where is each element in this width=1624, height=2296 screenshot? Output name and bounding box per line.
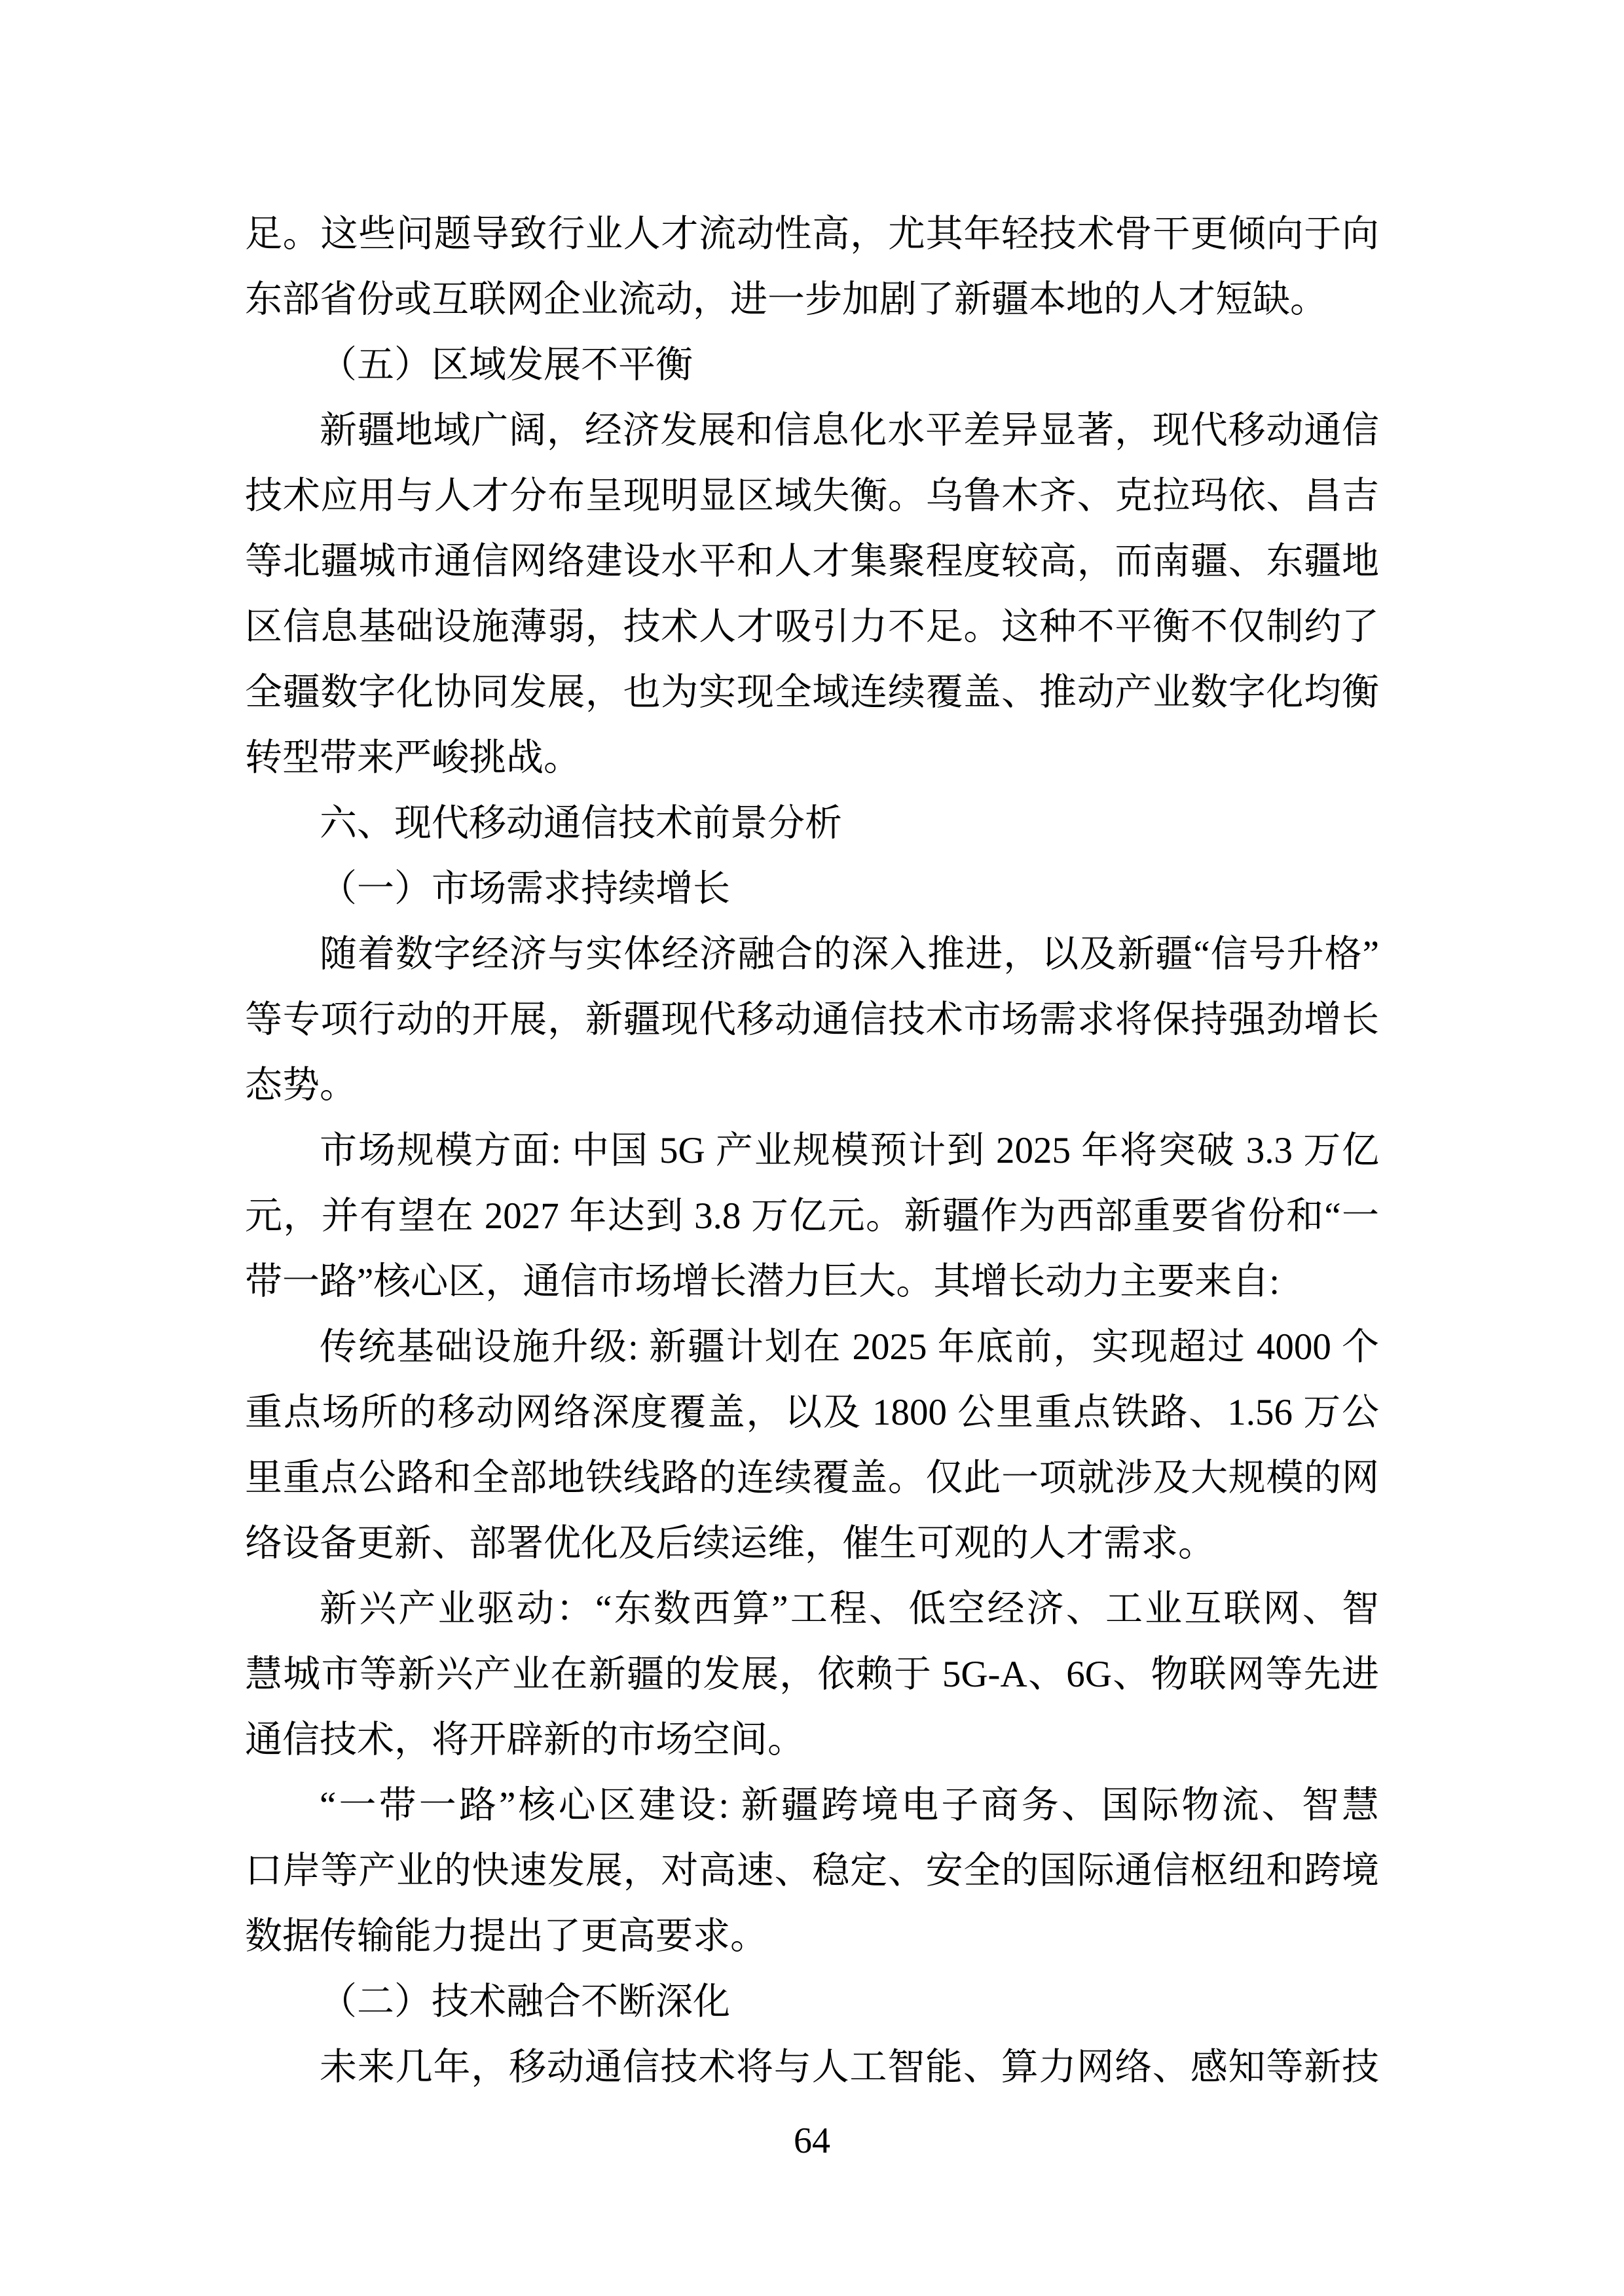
body-text-line: 传统基础设施升级: 新疆计划在 2025 年底前，实现超过 4000 个 xyxy=(245,1315,1379,1380)
body-text-line: 慧城市等新兴产业在新疆的发展，依赖于 5G-A、6G、物联网等先进 xyxy=(245,1642,1379,1707)
document-body: 足。这些问题导致行业人才流动性高，尤其年轻技术骨干更倾向于向东部省份或互联网企业… xyxy=(245,202,1379,2100)
body-text-line: 等专项行动的开展，新疆现代移动通信技术市场需求将保持强劲增长 xyxy=(245,987,1379,1053)
body-text-line: 数据传输能力提出了更高要求。 xyxy=(245,1904,1379,1969)
body-text-line: 新疆地域广阔，经济发展和信息化水平差异显著，现代移动通信 xyxy=(245,398,1379,464)
body-text-line: 市场规模方面: 中国 5G 产业规模预计到 2025 年将突破 3.3 万亿 xyxy=(245,1118,1379,1184)
body-text-line: 未来几年，移动通信技术将与人工智能、算力网络、感知等新技 xyxy=(245,2035,1379,2100)
body-text-line: 转型带来严峻挑战。 xyxy=(245,725,1379,791)
heading-line: 六、现代移动通信技术前景分析 xyxy=(245,791,1379,856)
body-text-line: 元，并有望在 2027 年达到 3.8 万亿元。新疆作为西部重要省份和“一 xyxy=(245,1184,1379,1249)
body-text-line: 口岸等产业的快速发展，对高速、稳定、安全的国际通信枢纽和跨境 xyxy=(245,1838,1379,1904)
body-text-line: 态势。 xyxy=(245,1053,1379,1118)
body-text-line: “一带一路”核心区建设: 新疆跨境电子商务、国际物流、智慧 xyxy=(245,1773,1379,1838)
body-text-line: 里重点公路和全部地铁线路的连续覆盖。仅此一项就涉及大规模的网 xyxy=(245,1446,1379,1511)
body-text-line: 足。这些问题导致行业人才流动性高，尤其年轻技术骨干更倾向于向 xyxy=(245,202,1379,267)
body-text-line: 新兴产业驱动：“东数西算”工程、低空经济、工业互联网、智 xyxy=(245,1576,1379,1642)
body-text-line: 络设备更新、部署优化及后续运维，催生可观的人才需求。 xyxy=(245,1511,1379,1576)
body-text-line: 全疆数字化协同发展，也为实现全域连续覆盖、推动产业数字化均衡 xyxy=(245,660,1379,725)
page-number: 64 xyxy=(0,2121,1624,2160)
document-page: 足。这些问题导致行业人才流动性高，尤其年轻技术骨干更倾向于向东部省份或互联网企业… xyxy=(0,0,1624,2296)
heading-line: （二）技术融合不断深化 xyxy=(245,1969,1379,2035)
body-text-line: 通信技术，将开辟新的市场空间。 xyxy=(245,1707,1379,1773)
body-text-line: 随着数字经济与实体经济融合的深入推进，以及新疆“信号升格” xyxy=(245,922,1379,987)
heading-line: （一）市场需求持续增长 xyxy=(245,856,1379,922)
body-text-line: 技术应用与人才分布呈现明显区域失衡。乌鲁木齐、克拉玛依、昌吉 xyxy=(245,464,1379,529)
heading-line: （五）区域发展不平衡 xyxy=(245,333,1379,398)
body-text-line: 东部省份或互联网企业流动，进一步加剧了新疆本地的人才短缺。 xyxy=(245,267,1379,333)
body-text-line: 带一路”核心区，通信市场增长潜力巨大。其增长动力主要来自: xyxy=(245,1249,1379,1315)
body-text-line: 等北疆城市通信网络建设水平和人才集聚程度较高，而南疆、东疆地 xyxy=(245,529,1379,594)
body-text-line: 区信息基础设施薄弱，技术人才吸引力不足。这种不平衡不仅制约了 xyxy=(245,594,1379,660)
body-text-line: 重点场所的移动网络深度覆盖，以及 1800 公里重点铁路、1.56 万公 xyxy=(245,1380,1379,1446)
